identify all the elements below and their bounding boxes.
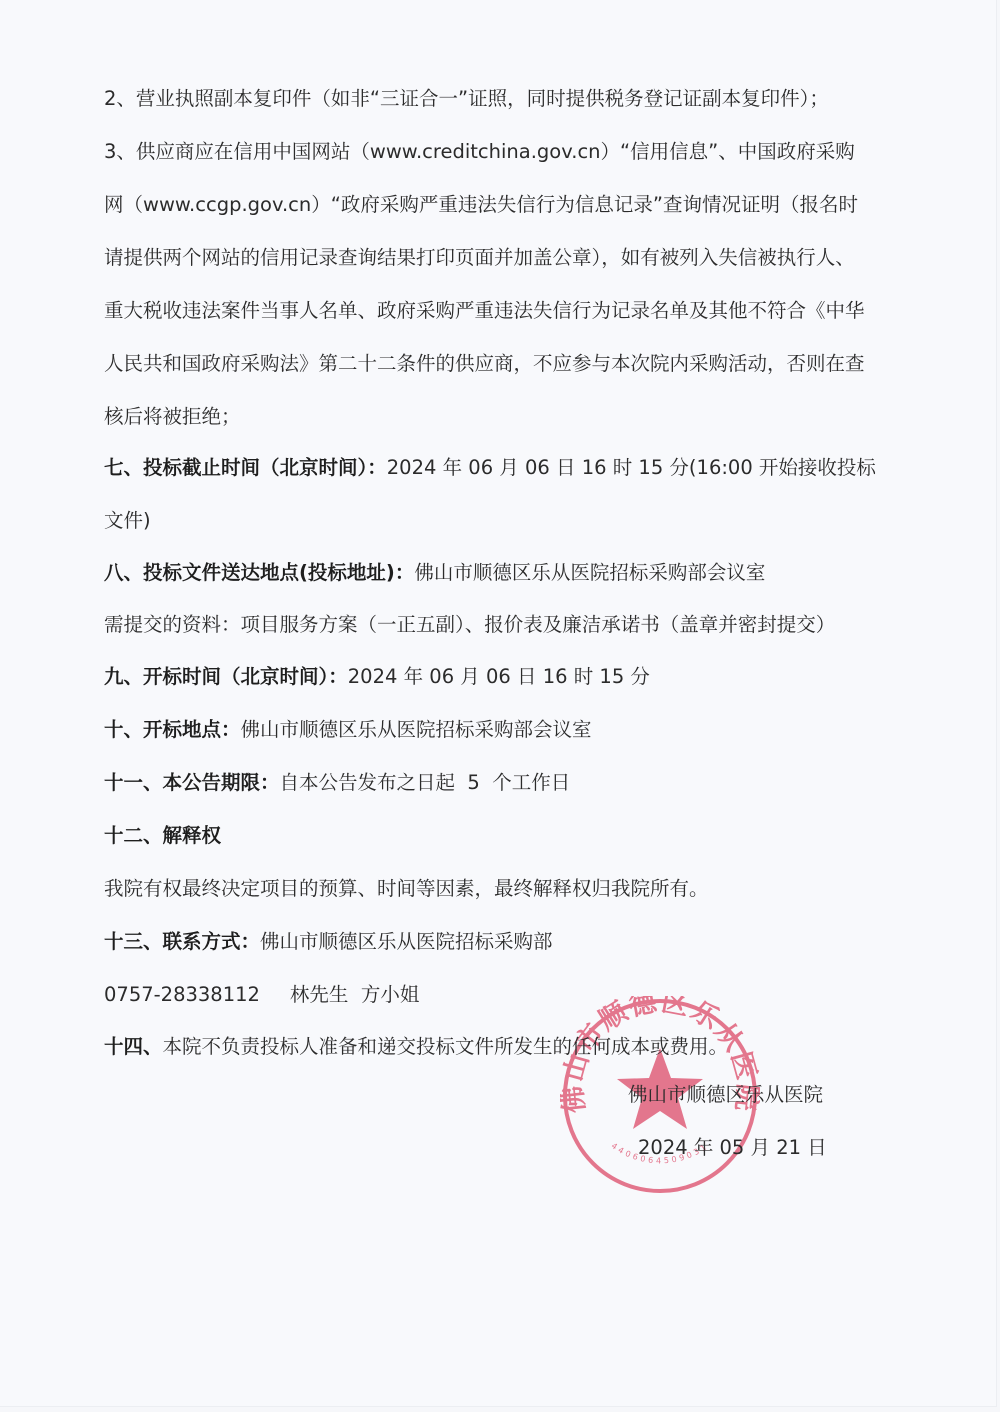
section-contact-value: 佛山市顺德区乐从医院招标采购部 <box>260 930 553 953</box>
signature-organization: 佛山市顺德区乐从医院 <box>628 1082 823 1108</box>
section-disclaimer-value: 本院不负责投标人准备和递交投标文件所发生的任何成本或费用。 <box>163 1035 729 1058</box>
section-opening-place-heading: 十、开标地点： <box>104 718 241 741</box>
section-opening-time-value: 2024 年 06 月 06 日 16 时 15 分 <box>348 665 650 688</box>
document-page: 2、营业执照副本复印件（如非“三证合一”证照，同时提供税务登记证副本复印件）； … <box>0 0 997 1407</box>
item-3-credit-line-3: 请提供两个网站的信用记录查询结果打印页面并加盖公章），如有被列入失信被执行人、 <box>104 245 855 271</box>
item-3-credit-line-5: 人民共和国政府采购法》第二十二条件的供应商，不应参与本次院内采购活动，否则在查 <box>104 351 865 377</box>
section-deadline: 七、投标截止时间（北京时间）：2024 年 06 月 06 日 16 时 15 … <box>104 455 876 481</box>
signature-date: 2024 年 05 月 21 日 <box>638 1135 827 1161</box>
item-3-credit-line-2: 网（www.ccgp.gov.cn）“政府采购严重违法失信行为信息记录”查询情况… <box>104 192 858 218</box>
section-disclaimer: 十四、本院不负责投标人准备和递交投标文件所发生的任何成本或费用。 <box>104 1034 728 1060</box>
contact-persons: 林先生 方小姐 <box>290 983 419 1006</box>
section-deadline-value: 2024 年 06 月 06 日 16 时 15 分(16:00 开始接收投标 <box>387 456 876 479</box>
section-contact: 十三、联系方式：佛山市顺德区乐从医院招标采购部 <box>104 929 553 955</box>
section-opening-place: 十、开标地点：佛山市顺德区乐从医院招标采购部会议室 <box>104 717 592 743</box>
section-period: 十一、本公告期限：自本公告发布之日起 5 个工作日 <box>104 770 570 796</box>
section-delivery-heading: 八、投标文件送达地点(投标地址)： <box>104 561 414 584</box>
item-2-business-license: 2、营业执照副本复印件（如非“三证合一”证照，同时提供税务登记证副本复印件）； <box>104 86 829 112</box>
section-opening-time-heading: 九、开标时间（北京时间）： <box>104 665 348 688</box>
contact-phone: 0757-28338112 <box>104 983 260 1006</box>
section-deadline-continuation: 文件) <box>104 508 151 534</box>
section-disclaimer-heading: 十四、 <box>104 1035 163 1058</box>
item-3-credit-line-6: 核后将被拒绝； <box>104 404 241 430</box>
section-period-heading: 十一、本公告期限： <box>104 771 280 794</box>
section-deadline-heading: 七、投标截止时间（北京时间）： <box>104 456 387 479</box>
section-opening-time: 九、开标时间（北京时间）：2024 年 06 月 06 日 16 时 15 分 <box>104 664 650 690</box>
section-period-value: 自本公告发布之日起 5 个工作日 <box>280 771 571 794</box>
item-3-credit-line-4: 重大税收违法案件当事人名单、政府采购严重违法失信行为记录名单及其他不符合《中华 <box>104 298 865 324</box>
section-delivery-value: 佛山市顺德区乐从医院招标采购部会议室 <box>414 561 765 584</box>
section-contact-details: 0757-28338112林先生 方小姐 <box>104 982 419 1008</box>
section-delivery-note: 需提交的资料：项目服务方案（一正五副）、报价表及廉洁承诺书（盖章并密封提交） <box>104 612 835 638</box>
section-contact-heading: 十三、联系方式： <box>104 930 260 953</box>
section-interpretation-heading: 十二、解释权 <box>104 823 221 849</box>
section-delivery: 八、投标文件送达地点(投标地址)：佛山市顺德区乐从医院招标采购部会议室 <box>104 560 765 586</box>
item-3-credit-line-1: 3、供应商应在信用中国网站（www.creditchina.gov.cn）“信用… <box>104 139 855 165</box>
section-interpretation-value: 我院有权最终决定项目的预算、时间等因素，最终解释权归我院所有。 <box>104 876 709 902</box>
section-opening-place-value: 佛山市顺德区乐从医院招标采购部会议室 <box>241 718 592 741</box>
